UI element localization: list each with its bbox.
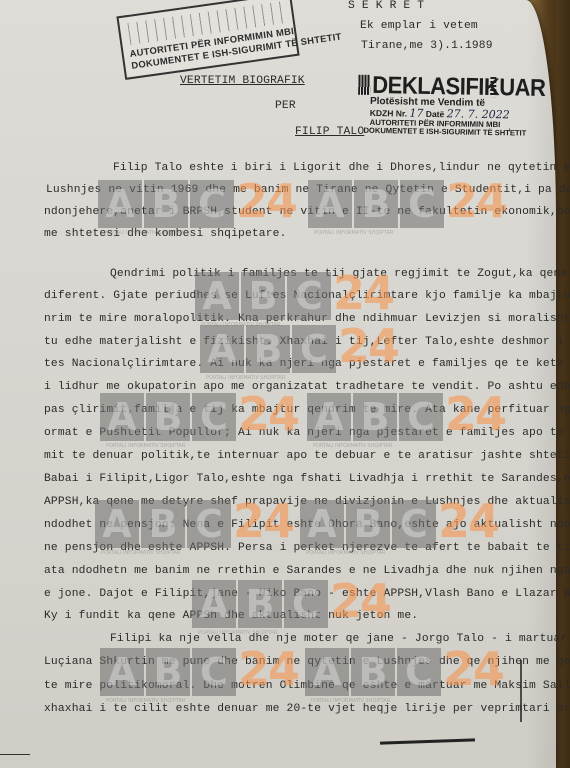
body-line: Babai i Filipit,Ligor Talo,eshte nga fsh… — [44, 473, 570, 485]
body-line: ndodhet ne pensjon. Nena e Filipit eshte… — [44, 519, 570, 531]
body-line: mit te denuar politik,te internuar apo t… — [44, 450, 570, 462]
body-line: te mire politikomoral. Dhe motren Olimbi… — [44, 680, 570, 692]
body-line: tu edhe materjalisht e fizikisht. Xhaxha… — [44, 336, 570, 348]
classification-label: S E K R E T — [348, 0, 424, 12]
document-title: VERTETIM BIOGRAFIK — [180, 75, 305, 87]
body-line: APPSH,ka qene me detyre shef prapavije n… — [44, 496, 570, 508]
body-line: ne pensjon dhe eshte APPSH. Persa i perk… — [44, 542, 570, 554]
margin-mark: ꞌ — [507, 128, 513, 138]
body-line: me shtetesi dhe kombesi shqipetare. — [44, 228, 287, 240]
body-line: diferent. Gjate periudhes se Luftes Naci… — [44, 290, 570, 302]
place-date: Tirane,me 3).1.1989 — [361, 40, 493, 52]
body-line: pas çlirimit,familja e tij ka mbajtur qe… — [44, 404, 570, 416]
body-line: tes Nacionalçlirimtare. Ai nuk ka njeri … — [44, 358, 570, 370]
margin-line — [520, 660, 522, 722]
body-line: i lidhur me okupatorin apo me organizata… — [44, 381, 570, 393]
body-line: Lushnjes ne vitin 1969 dhe me banim ne T… — [46, 184, 570, 196]
left-margin-line — [0, 754, 30, 755]
body-line: Filip Talo eshte i biri i Ligorit dhe i … — [113, 162, 570, 174]
declassified-stamp: DEKLASIFIKUAR Plotësisht me Vendim të KD… — [357, 71, 508, 134]
body-line: Ky i fundit ka qene APPSh dhe aktualisht… — [44, 610, 418, 622]
body-line: nrim te mire moralopolitik. Kna perkrahu… — [44, 313, 570, 325]
body-line: ormat e Pushtetit Popullor; Ai nuk ka nj… — [44, 427, 570, 439]
body-line: e jone. Dajot e Filipit,jane - Niko Bano… — [44, 588, 570, 600]
body-line: xhaxhai i te cilit eshte denuar me 20-te… — [44, 703, 570, 715]
body-line: Filipi ka nje vella dhe nje moter qe jan… — [110, 633, 570, 645]
subject-name: FILIP TALO — [295, 126, 364, 138]
body-line: ndonjehere,anetar i BRPSH,student ne vit… — [44, 206, 570, 218]
kdzh-label: KDZH Nr. — [370, 108, 407, 119]
title-per: PER — [275, 100, 296, 112]
body-line: ata ndodhetn me banim ne rrethin e Saran… — [44, 565, 570, 577]
body-line: Luçiana Shkurtin me pune dhe banim ne qy… — [44, 656, 570, 668]
date-label: Datë — [426, 109, 445, 119]
copy-note: Ek emplar i vetem — [360, 20, 478, 32]
stamp-ticks-right — [490, 77, 496, 97]
stamp-ticks-left — [358, 75, 370, 95]
body-line: Qendrimi politik i familjes te tij gjate… — [110, 268, 570, 280]
